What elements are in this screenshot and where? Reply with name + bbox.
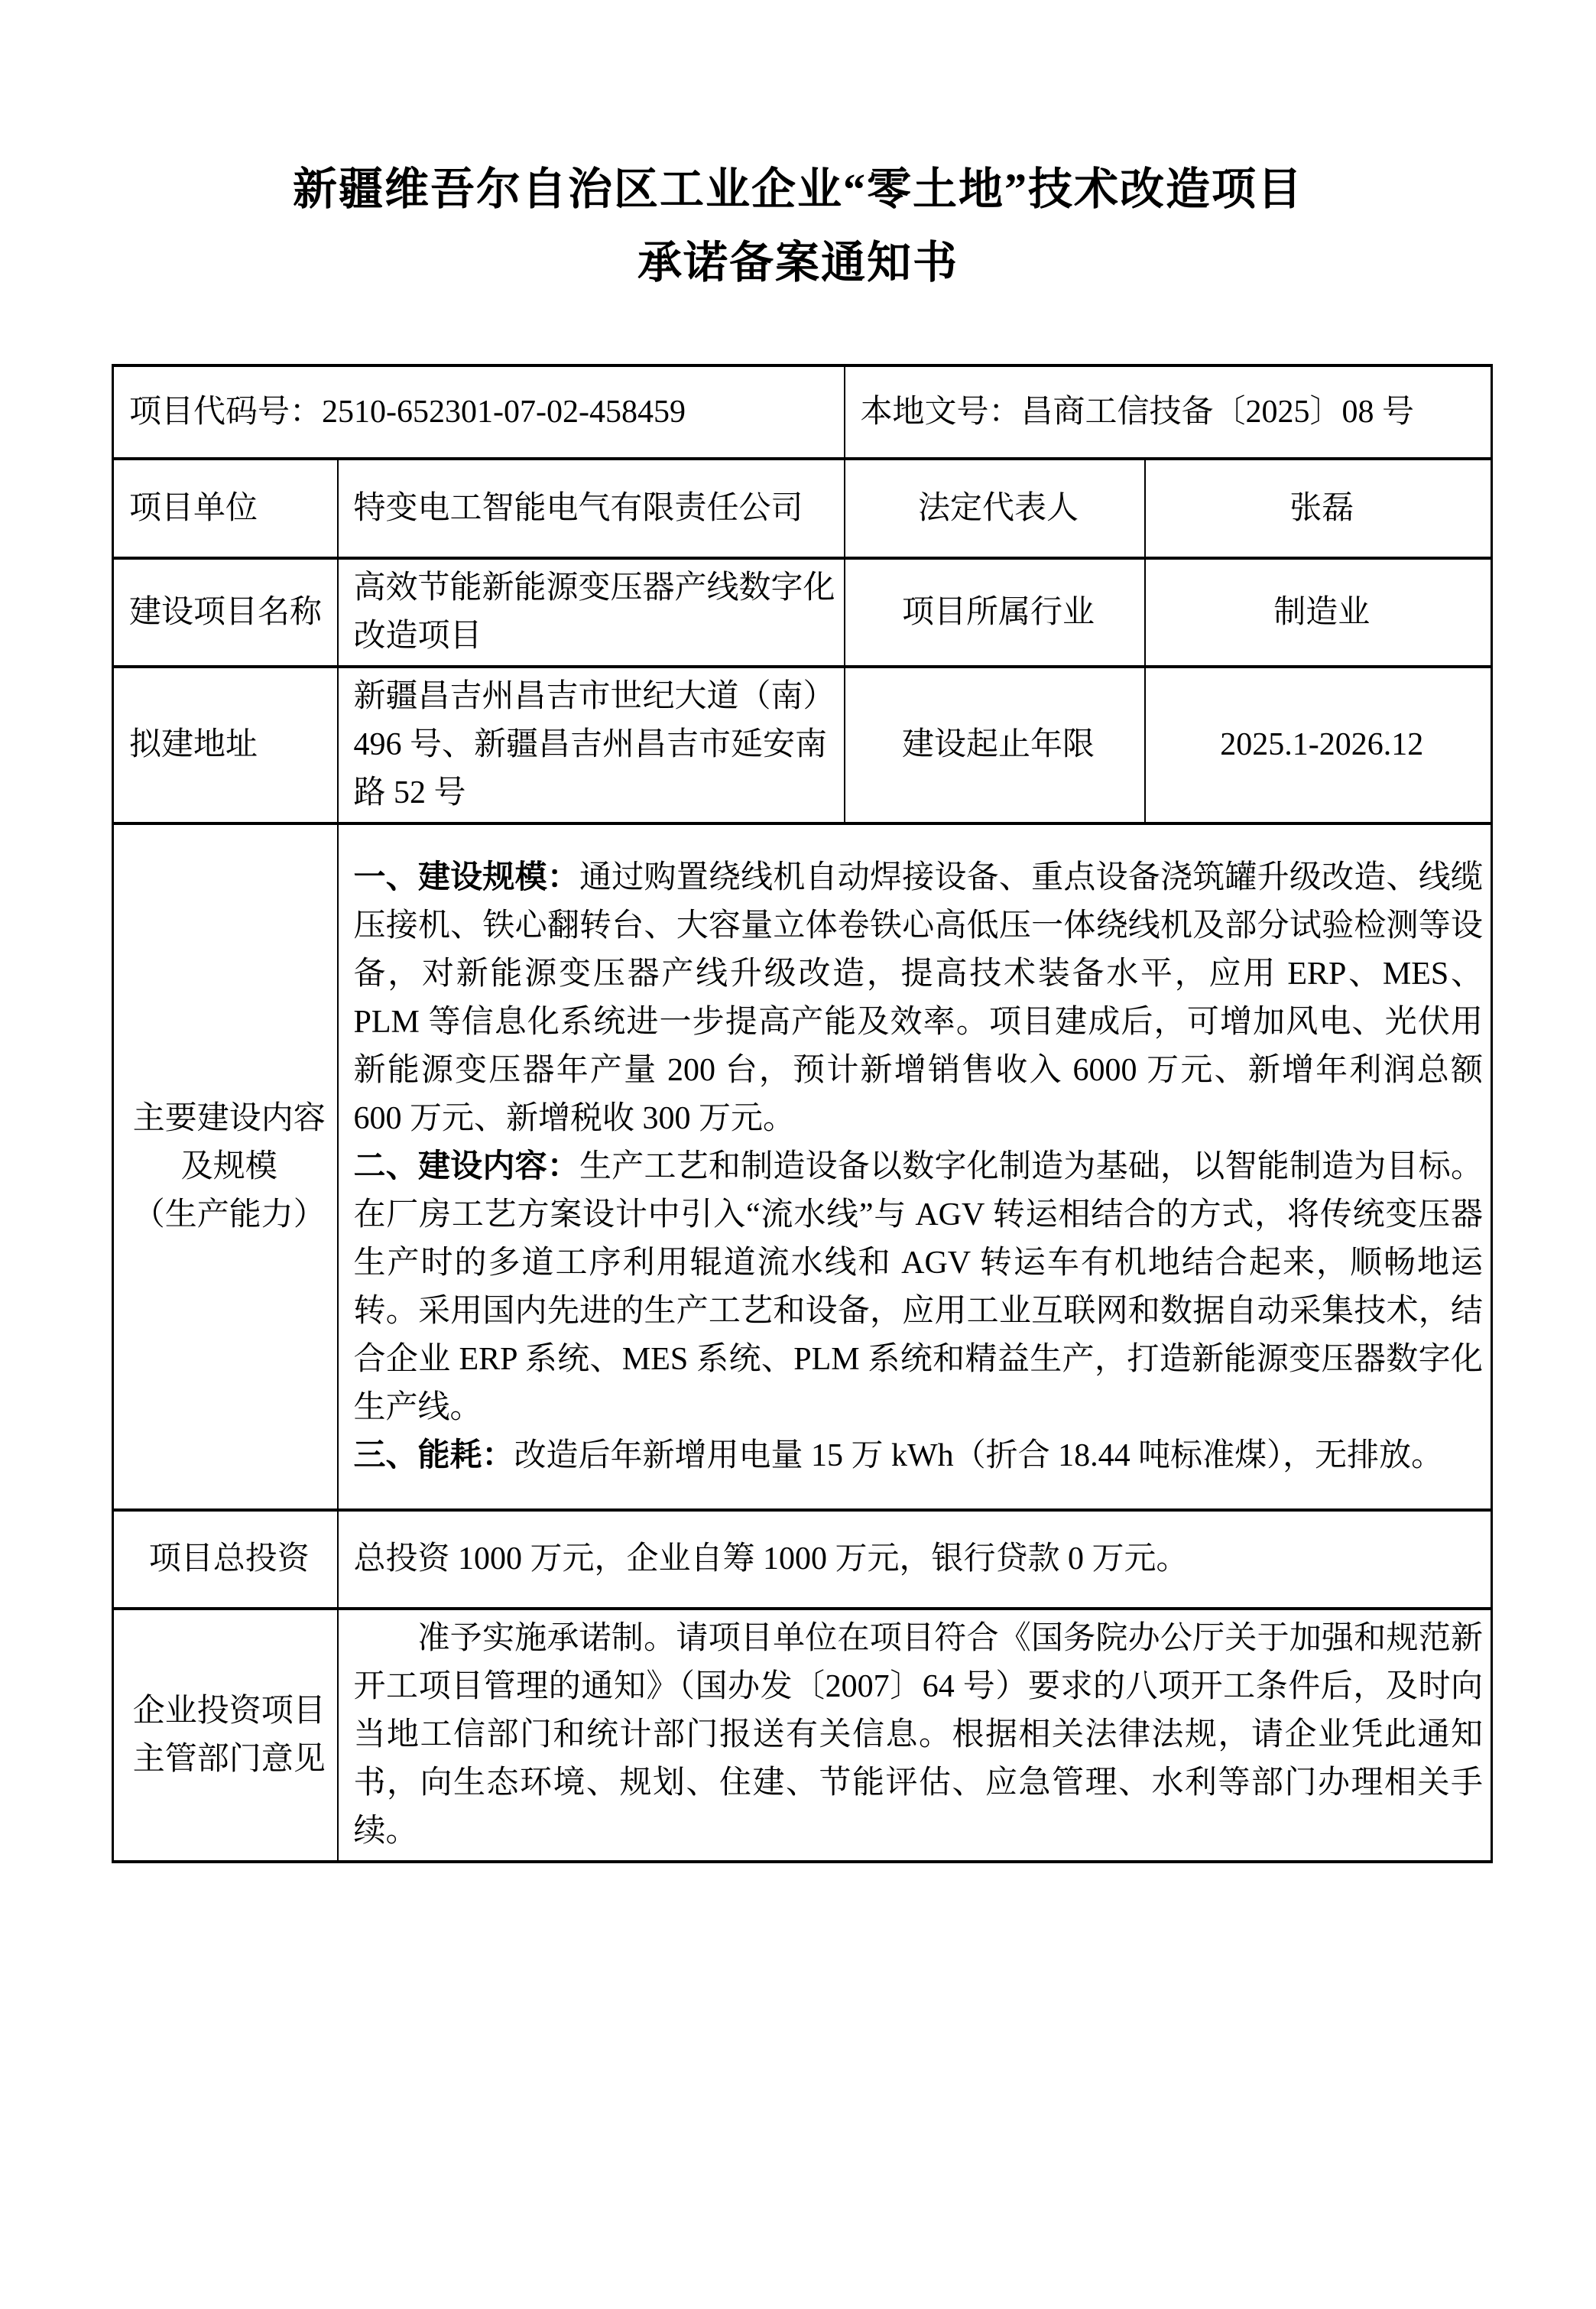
paragraph-construction-scale-head: 一、建设规模：: [354, 860, 580, 895]
paragraph-construction-content: 二、建设内容：生产工艺和制造设备以数字化制造为基础，以智能制造为目标。在厂房工艺…: [354, 1143, 1484, 1432]
local-doc-number-cell: 本地文号：昌商工信技备〔2025〕08 号: [845, 365, 1492, 459]
project-unit-value: 特变电工智能电气有限责任公司: [338, 459, 845, 558]
total-investment-label: 项目总投资: [113, 1510, 338, 1609]
department-opinion-cell: 准予实施承诺制。请项目单位在项目符合《国务院办公厅关于加强和规范新开工项目管理的…: [338, 1609, 1492, 1862]
row-project-name: 建设项目名称 高效节能新能源变压器产线数字化改造项目 项目所属行业 制造业: [113, 558, 1492, 667]
main-content-label-line3: （生产能力）: [129, 1191, 329, 1239]
department-opinion-label-line2: 主管部门意见: [129, 1736, 329, 1784]
paragraph-construction-content-text: 生产工艺和制造设备以数字化制造为基础，以智能制造为目标。在厂房工艺方案设计中引入…: [354, 1149, 1484, 1425]
paragraph-construction-scale: 一、建设规模：通过购置绕线机自动焊接设备、重点设备浇筑罐升级改造、线缆压接机、铁…: [354, 854, 1484, 1143]
main-content-label-line2: 及规模: [129, 1143, 329, 1191]
paragraph-energy-text: 改造后年新增用电量 15 万 kWh（折合 18.44 吨标准煤），无排放。: [514, 1438, 1444, 1473]
paragraph-energy-head: 三、能耗：: [354, 1438, 514, 1473]
construction-period-value: 2025.1-2026.12: [1145, 667, 1492, 823]
industry-value: 制造业: [1145, 558, 1492, 667]
department-opinion-label: 企业投资项目 主管部门意见: [113, 1609, 338, 1862]
row-department-opinion: 企业投资项目 主管部门意见 准予实施承诺制。请项目单位在项目符合《国务院办公厅关…: [113, 1609, 1492, 1862]
document-page: 新疆维吾尔自治区工业企业“零土地”技术改造项目 承诺备案通知书 项目代码号：25…: [0, 0, 1596, 2309]
address-label: 拟建地址: [113, 667, 338, 823]
local-doc-label: 本地文号：: [861, 395, 1021, 430]
department-opinion-label-line1: 企业投资项目: [129, 1687, 329, 1736]
project-name-value: 高效节能新能源变压器产线数字化改造项目: [338, 558, 845, 667]
legal-representative-value: 张磊: [1145, 459, 1492, 558]
row-main-content: 主要建设内容 及规模 （生产能力） 一、建设规模：通过购置绕线机自动焊接设备、重…: [113, 823, 1492, 1510]
paragraph-construction-scale-text: 通过购置绕线机自动焊接设备、重点设备浇筑罐升级改造、线缆压接机、铁心翻转台、大容…: [354, 860, 1484, 1136]
project-code-cell: 项目代码号：2510-652301-07-02-458459: [113, 365, 845, 459]
record-notice-table: 项目代码号：2510-652301-07-02-458459 本地文号：昌商工信…: [112, 364, 1493, 1863]
local-doc-value: 昌商工信技备〔2025〕08 号: [1021, 395, 1415, 430]
project-unit-label: 项目单位: [113, 459, 338, 558]
construction-period-label: 建设起止年限: [845, 667, 1145, 823]
row-project-code: 项目代码号：2510-652301-07-02-458459 本地文号：昌商工信…: [113, 365, 1492, 459]
paragraph-construction-content-head: 二、建设内容：: [354, 1149, 580, 1184]
row-address: 拟建地址 新疆昌吉州昌吉市世纪大道（南）496 号、新疆昌吉州昌吉市延安南路 5…: [113, 667, 1492, 823]
document-title-line2: 承诺备案通知书: [0, 226, 1596, 300]
project-code-value: 2510-652301-07-02-458459: [322, 395, 686, 430]
document-title-line1: 新疆维吾尔自治区工业企业“零土地”技术改造项目: [0, 153, 1596, 226]
industry-label: 项目所属行业: [845, 558, 1145, 667]
row-total-investment: 项目总投资 总投资 1000 万元，企业自筹 1000 万元，银行贷款 0 万元…: [113, 1510, 1492, 1609]
row-project-unit: 项目单位 特变电工智能电气有限责任公司 法定代表人 张磊: [113, 459, 1492, 558]
document-title: 新疆维吾尔自治区工业企业“零土地”技术改造项目 承诺备案通知书: [0, 153, 1596, 300]
main-content-label-line1: 主要建设内容: [129, 1095, 329, 1143]
project-code-label: 项目代码号：: [129, 395, 322, 430]
address-value: 新疆昌吉州昌吉市世纪大道（南）496 号、新疆昌吉州昌吉市延安南路 52 号: [338, 667, 845, 823]
legal-representative-label: 法定代表人: [845, 459, 1145, 558]
paragraph-energy: 三、能耗：改造后年新增用电量 15 万 kWh（折合 18.44 吨标准煤），无…: [354, 1432, 1484, 1480]
total-investment-value: 总投资 1000 万元，企业自筹 1000 万元，银行贷款 0 万元。: [338, 1510, 1492, 1609]
department-opinion-text: 准予实施承诺制。请项目单位在项目符合《国务院办公厅关于加强和规范新开工项目管理的…: [354, 1615, 1484, 1856]
project-name-label: 建设项目名称: [113, 558, 338, 667]
main-content-label: 主要建设内容 及规模 （生产能力）: [113, 823, 338, 1510]
main-content-cell: 一、建设规模：通过购置绕线机自动焊接设备、重点设备浇筑罐升级改造、线缆压接机、铁…: [338, 823, 1492, 1510]
